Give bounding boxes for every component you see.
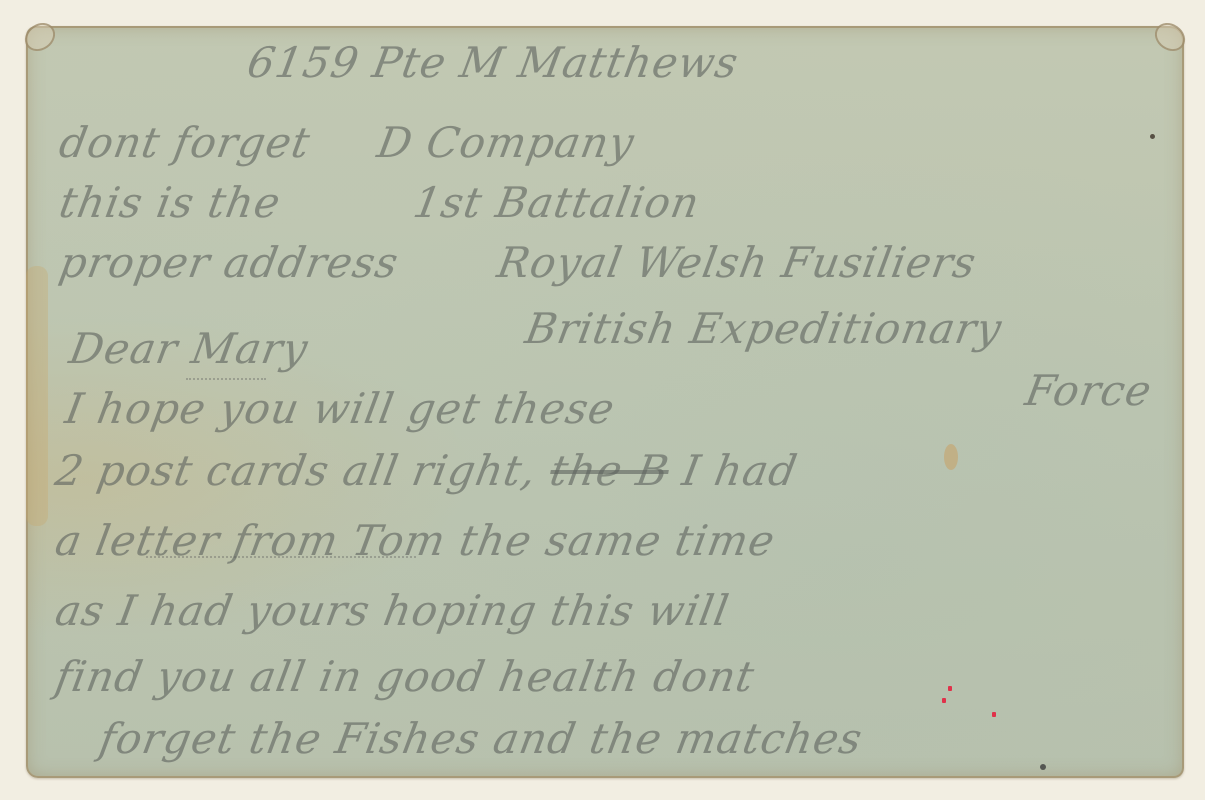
handwritten-text: 6159 Pte M Matthews D Company 1st Battal…: [26, 26, 1184, 778]
message-line-4: as I had yours hoping this will: [52, 586, 733, 635]
side-note-line-2: this is the: [56, 178, 285, 227]
message-line-2-start: 2 post cards all right,: [52, 446, 541, 495]
side-note-line-1: dont forget: [56, 118, 315, 167]
message-line-2: 2 post cards all right, the B I had: [52, 446, 802, 495]
address-line-company: D Company: [374, 118, 639, 167]
postcard: 6159 Pte M Matthews D Company 1st Battal…: [26, 26, 1184, 778]
printed-dotted-rule: [146, 556, 416, 558]
message-line-6: forget the Fishes and the matches: [96, 714, 867, 763]
postcard-viewer: 6159 Pte M Matthews D Company 1st Battal…: [0, 0, 1205, 800]
message-line-5: find you all in good health dont: [52, 652, 759, 701]
struck-out-text: the B: [546, 446, 673, 495]
side-note-line-3: proper address: [56, 238, 403, 287]
salutation: Dear Mary: [66, 324, 312, 373]
address-line-battalion: 1st Battalion: [410, 178, 704, 227]
address-line-regiment: Royal Welsh Fusiliers: [494, 238, 981, 287]
address-line-force: British Expeditionary: [522, 304, 1006, 353]
printed-dotted-rule: [186, 378, 266, 380]
red-ink-mark: [992, 712, 996, 717]
red-ink-mark: [948, 686, 952, 691]
message-line-1: I hope you will get these: [62, 384, 619, 433]
message-line-2-end: I had: [679, 446, 802, 495]
address-line-force-end: Force: [1022, 366, 1156, 415]
red-ink-mark: [942, 698, 946, 703]
address-line-service-number: 6159 Pte M Matthews: [244, 38, 743, 87]
